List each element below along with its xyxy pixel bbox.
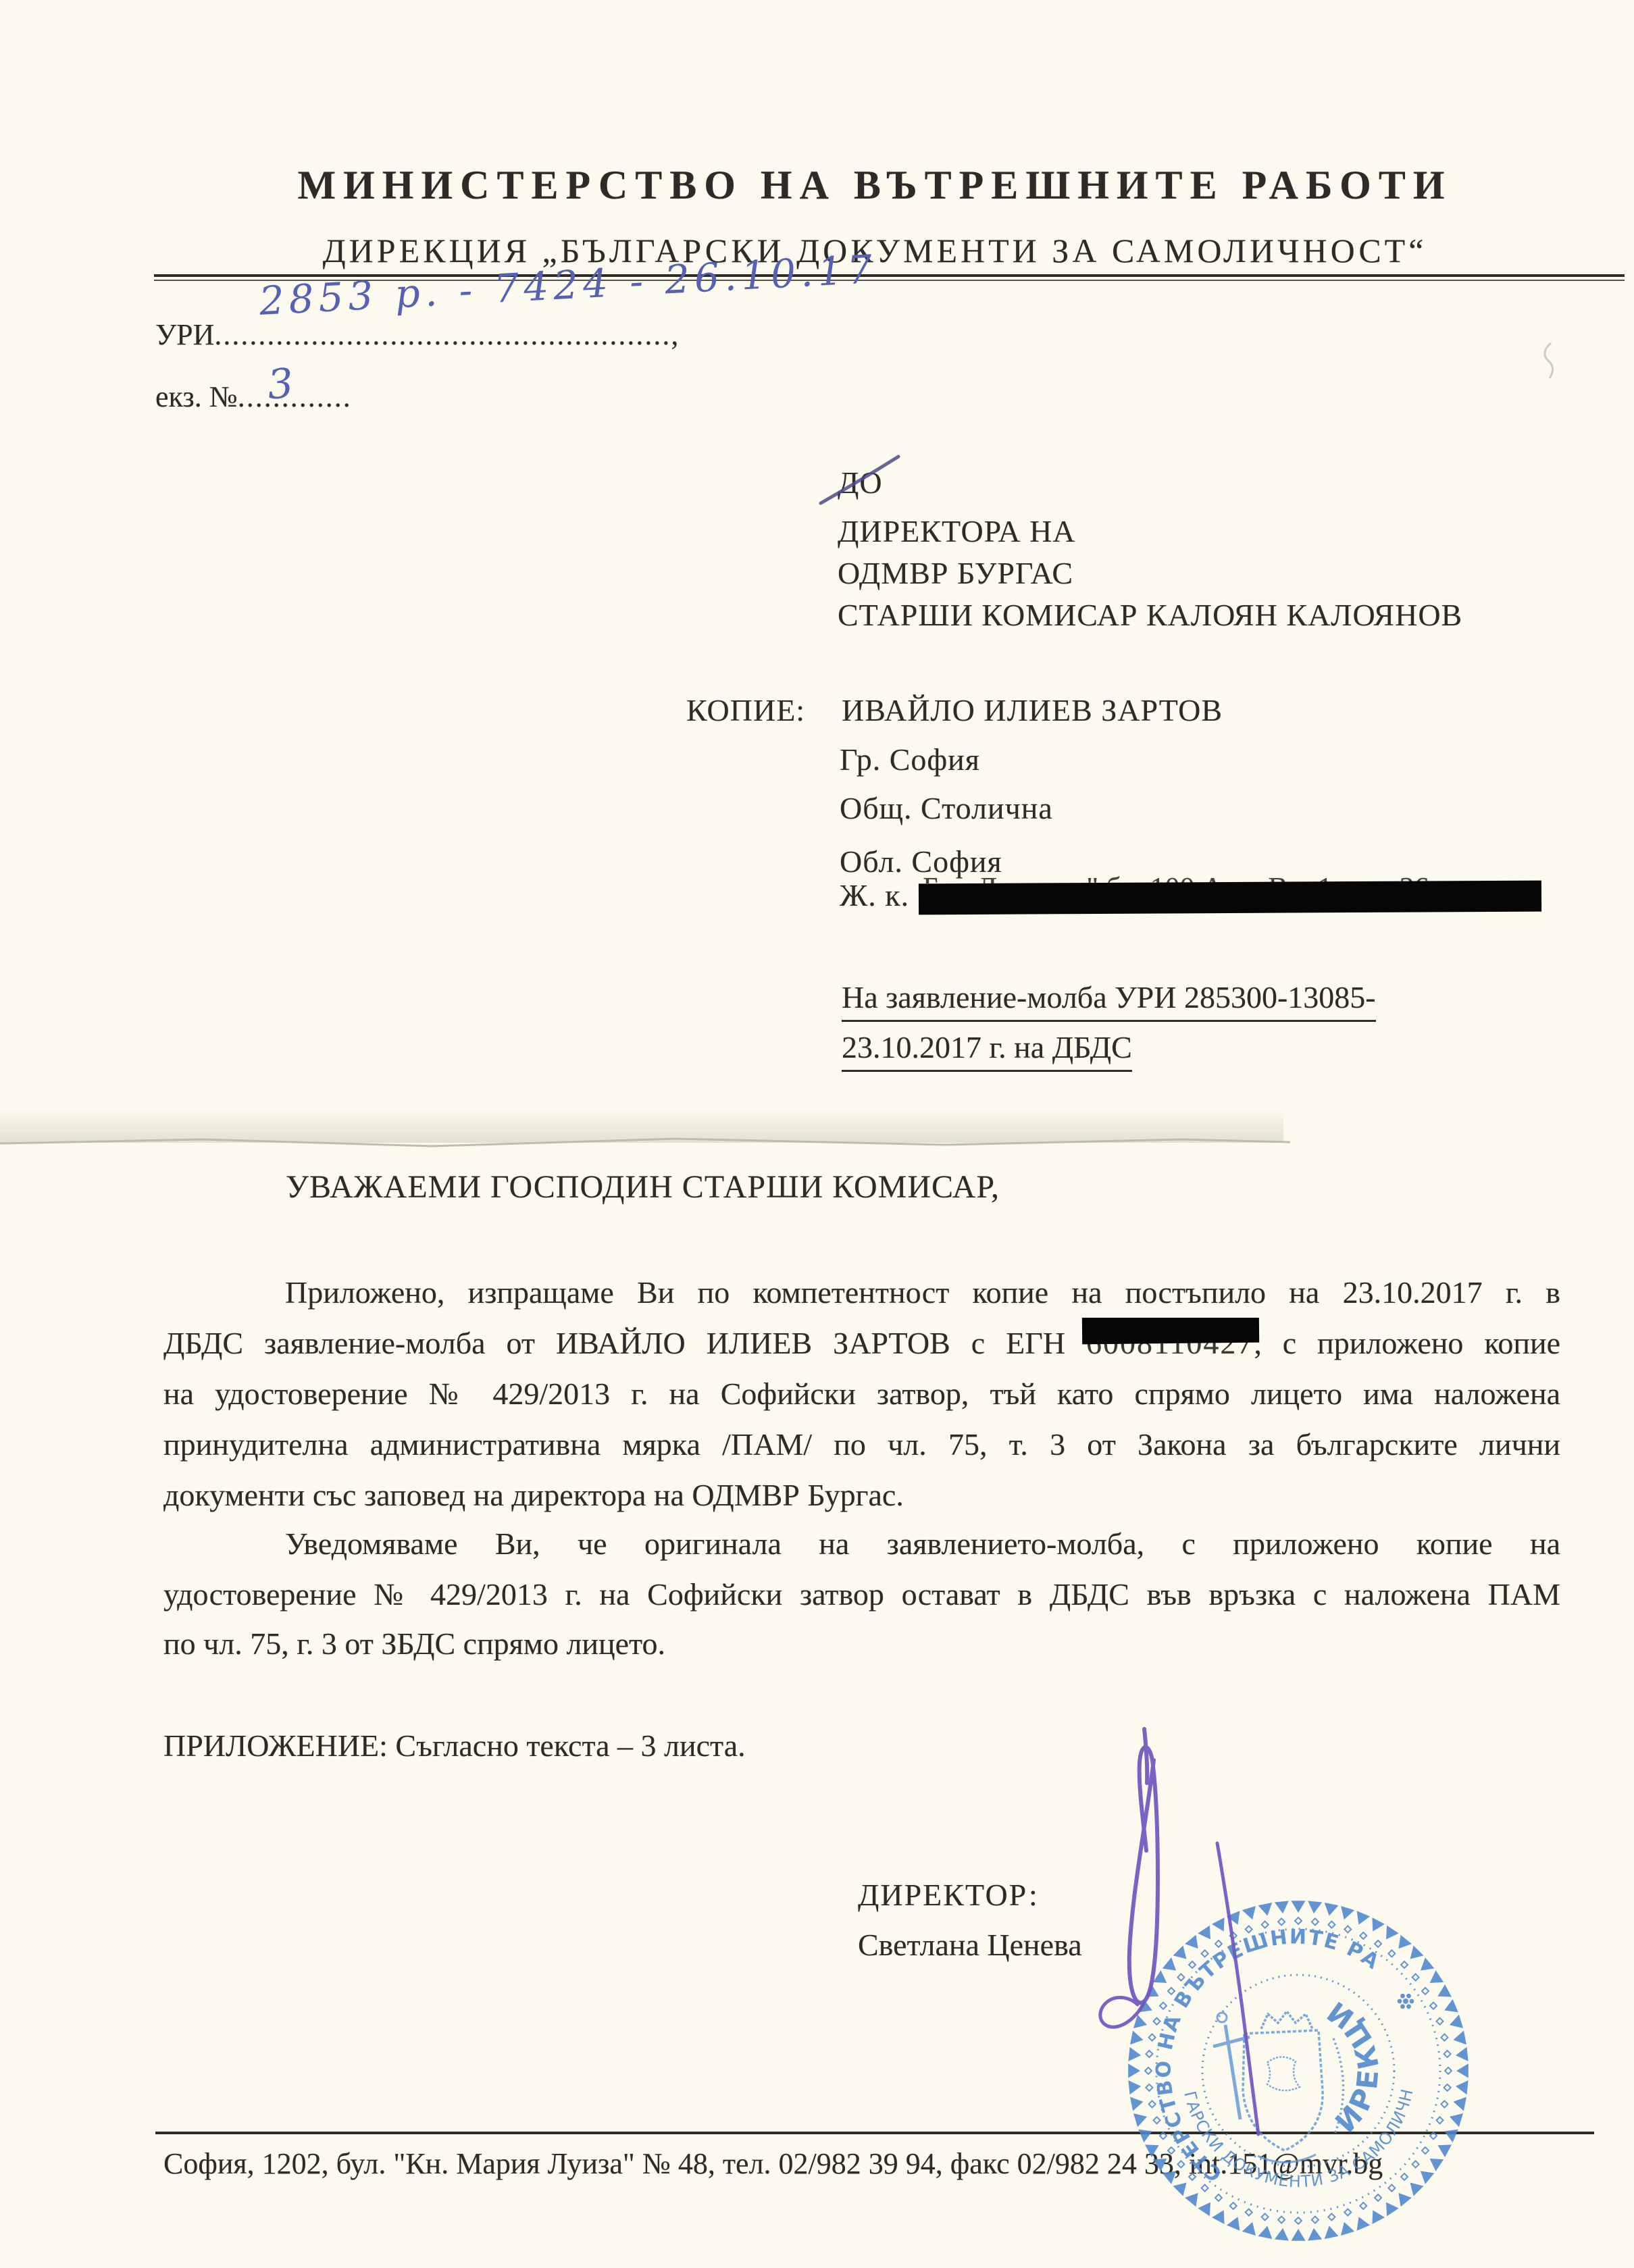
salutation: УВАЖАЕМИ ГОСПОДИН СТАРШИ КОМИСАР, bbox=[286, 1168, 1000, 1206]
ekz-handwritten-number: 3 bbox=[265, 359, 295, 409]
scanned-letter-page: МИНИСТЕРСТВО НА ВЪТРЕШНИТЕ РАБОТИ ДИРЕКЦ… bbox=[0, 0, 1634, 2268]
body-p1-line-3: на удостоверение № 429/2013 г. на Софийс… bbox=[163, 1368, 1560, 1419]
recipient-to: ДО bbox=[838, 465, 883, 500]
body-p2-line-2: удостоверение № 429/2013 г. на Софийски … bbox=[163, 1569, 1560, 1620]
body-p1-line-5: документи със заповед на директора на ОД… bbox=[163, 1470, 1560, 1520]
body-p1-line-2: ДБДС заявление-молба от ИВАЙЛО ИЛИЕВ ЗАР… bbox=[163, 1318, 1560, 1368]
recipient-line-1: ДИРЕКТОРА НА bbox=[838, 513, 1076, 549]
body-p1-line-2-pre: ДБДС заявление-молба от ИВАЙЛО ИЛИЕВ ЗАР… bbox=[163, 1326, 1086, 1360]
crease-shadow-band bbox=[0, 1109, 1283, 1143]
reference-line-2-wrap: 23.10.2017 г. на ДБДС bbox=[842, 1029, 1132, 1065]
body-p2-line-1: Уведомяваме Ви, че оригинала на заявлени… bbox=[163, 1518, 1560, 1569]
copy-recipient-name: ИВАЙЛО ИЛИЕВ ЗАРТОВ bbox=[842, 692, 1223, 728]
recipient-line-2: ОДМВР БУРГАС bbox=[838, 555, 1073, 591]
ekz-dotted-leader: ............. bbox=[238, 380, 352, 413]
reference-line-1-wrap: На заявление-молба УРИ 285300-13085- bbox=[842, 979, 1376, 1015]
stamp-flower-icon bbox=[1398, 1994, 1414, 2009]
address-redaction-bar bbox=[919, 881, 1541, 915]
director-label: ДИРЕКТОР: bbox=[858, 1877, 1039, 1913]
attachment-note: ПРИЛОЖЕНИЕ: Съгласно текста – 3 листа. bbox=[163, 1728, 746, 1763]
reference-line-1: На заявление-молба УРИ 285300-13085- bbox=[842, 980, 1376, 1022]
body-p1-line-4: принудителна административна мярка /ПАМ/… bbox=[163, 1419, 1560, 1470]
uri-dotted-leader: ........................................… bbox=[214, 318, 680, 351]
ekz-label: екз. № bbox=[155, 380, 238, 413]
copy-number-line: екз. №............. bbox=[155, 380, 352, 414]
ministry-title: МИНИСТЕРСТВО НА ВЪТРЕШНИТЕ РАБОТИ bbox=[122, 162, 1628, 209]
copy-municipality: Общ. Столична bbox=[840, 790, 1053, 826]
uri-label: УРИ bbox=[155, 318, 214, 351]
recipient-line-3: СТАРШИ КОМИСАР КАЛОЯН КАЛОЯНОВ bbox=[838, 597, 1462, 633]
body-p1-line-1: Приложено, изпращаме Ви по компетентност… bbox=[163, 1267, 1560, 1318]
director-name: Светлана Ценева bbox=[858, 1927, 1082, 1963]
egn-redaction-bar bbox=[1082, 1318, 1260, 1344]
copy-city: Гр. София bbox=[840, 742, 980, 777]
copy-label: КОПИЕ: bbox=[686, 692, 805, 728]
body-p2-line-3: по чл. 75, г. 3 от ЗБДС спрямо лицето. bbox=[163, 1618, 1560, 1669]
paper-fold-crease bbox=[0, 1139, 1290, 1146]
body-p1-line-2-post: , с приложено копие bbox=[1254, 1326, 1560, 1360]
official-round-stamp: МИНИСТЕРСТВО НА ВЪТРЕШНИТЕ РАБОТИ БЪЛГАР… bbox=[1123, 1895, 1474, 2246]
stamp-coat-of-arms-icon bbox=[1213, 2011, 1344, 2163]
uri-line: УРИ.....................................… bbox=[155, 317, 680, 352]
reference-line-2: 23.10.2017 г. на ДБДС bbox=[842, 1030, 1132, 1072]
egn-redaction: 6008110427 bbox=[1086, 1318, 1254, 1368]
scan-artifact-mark bbox=[1545, 343, 1553, 378]
